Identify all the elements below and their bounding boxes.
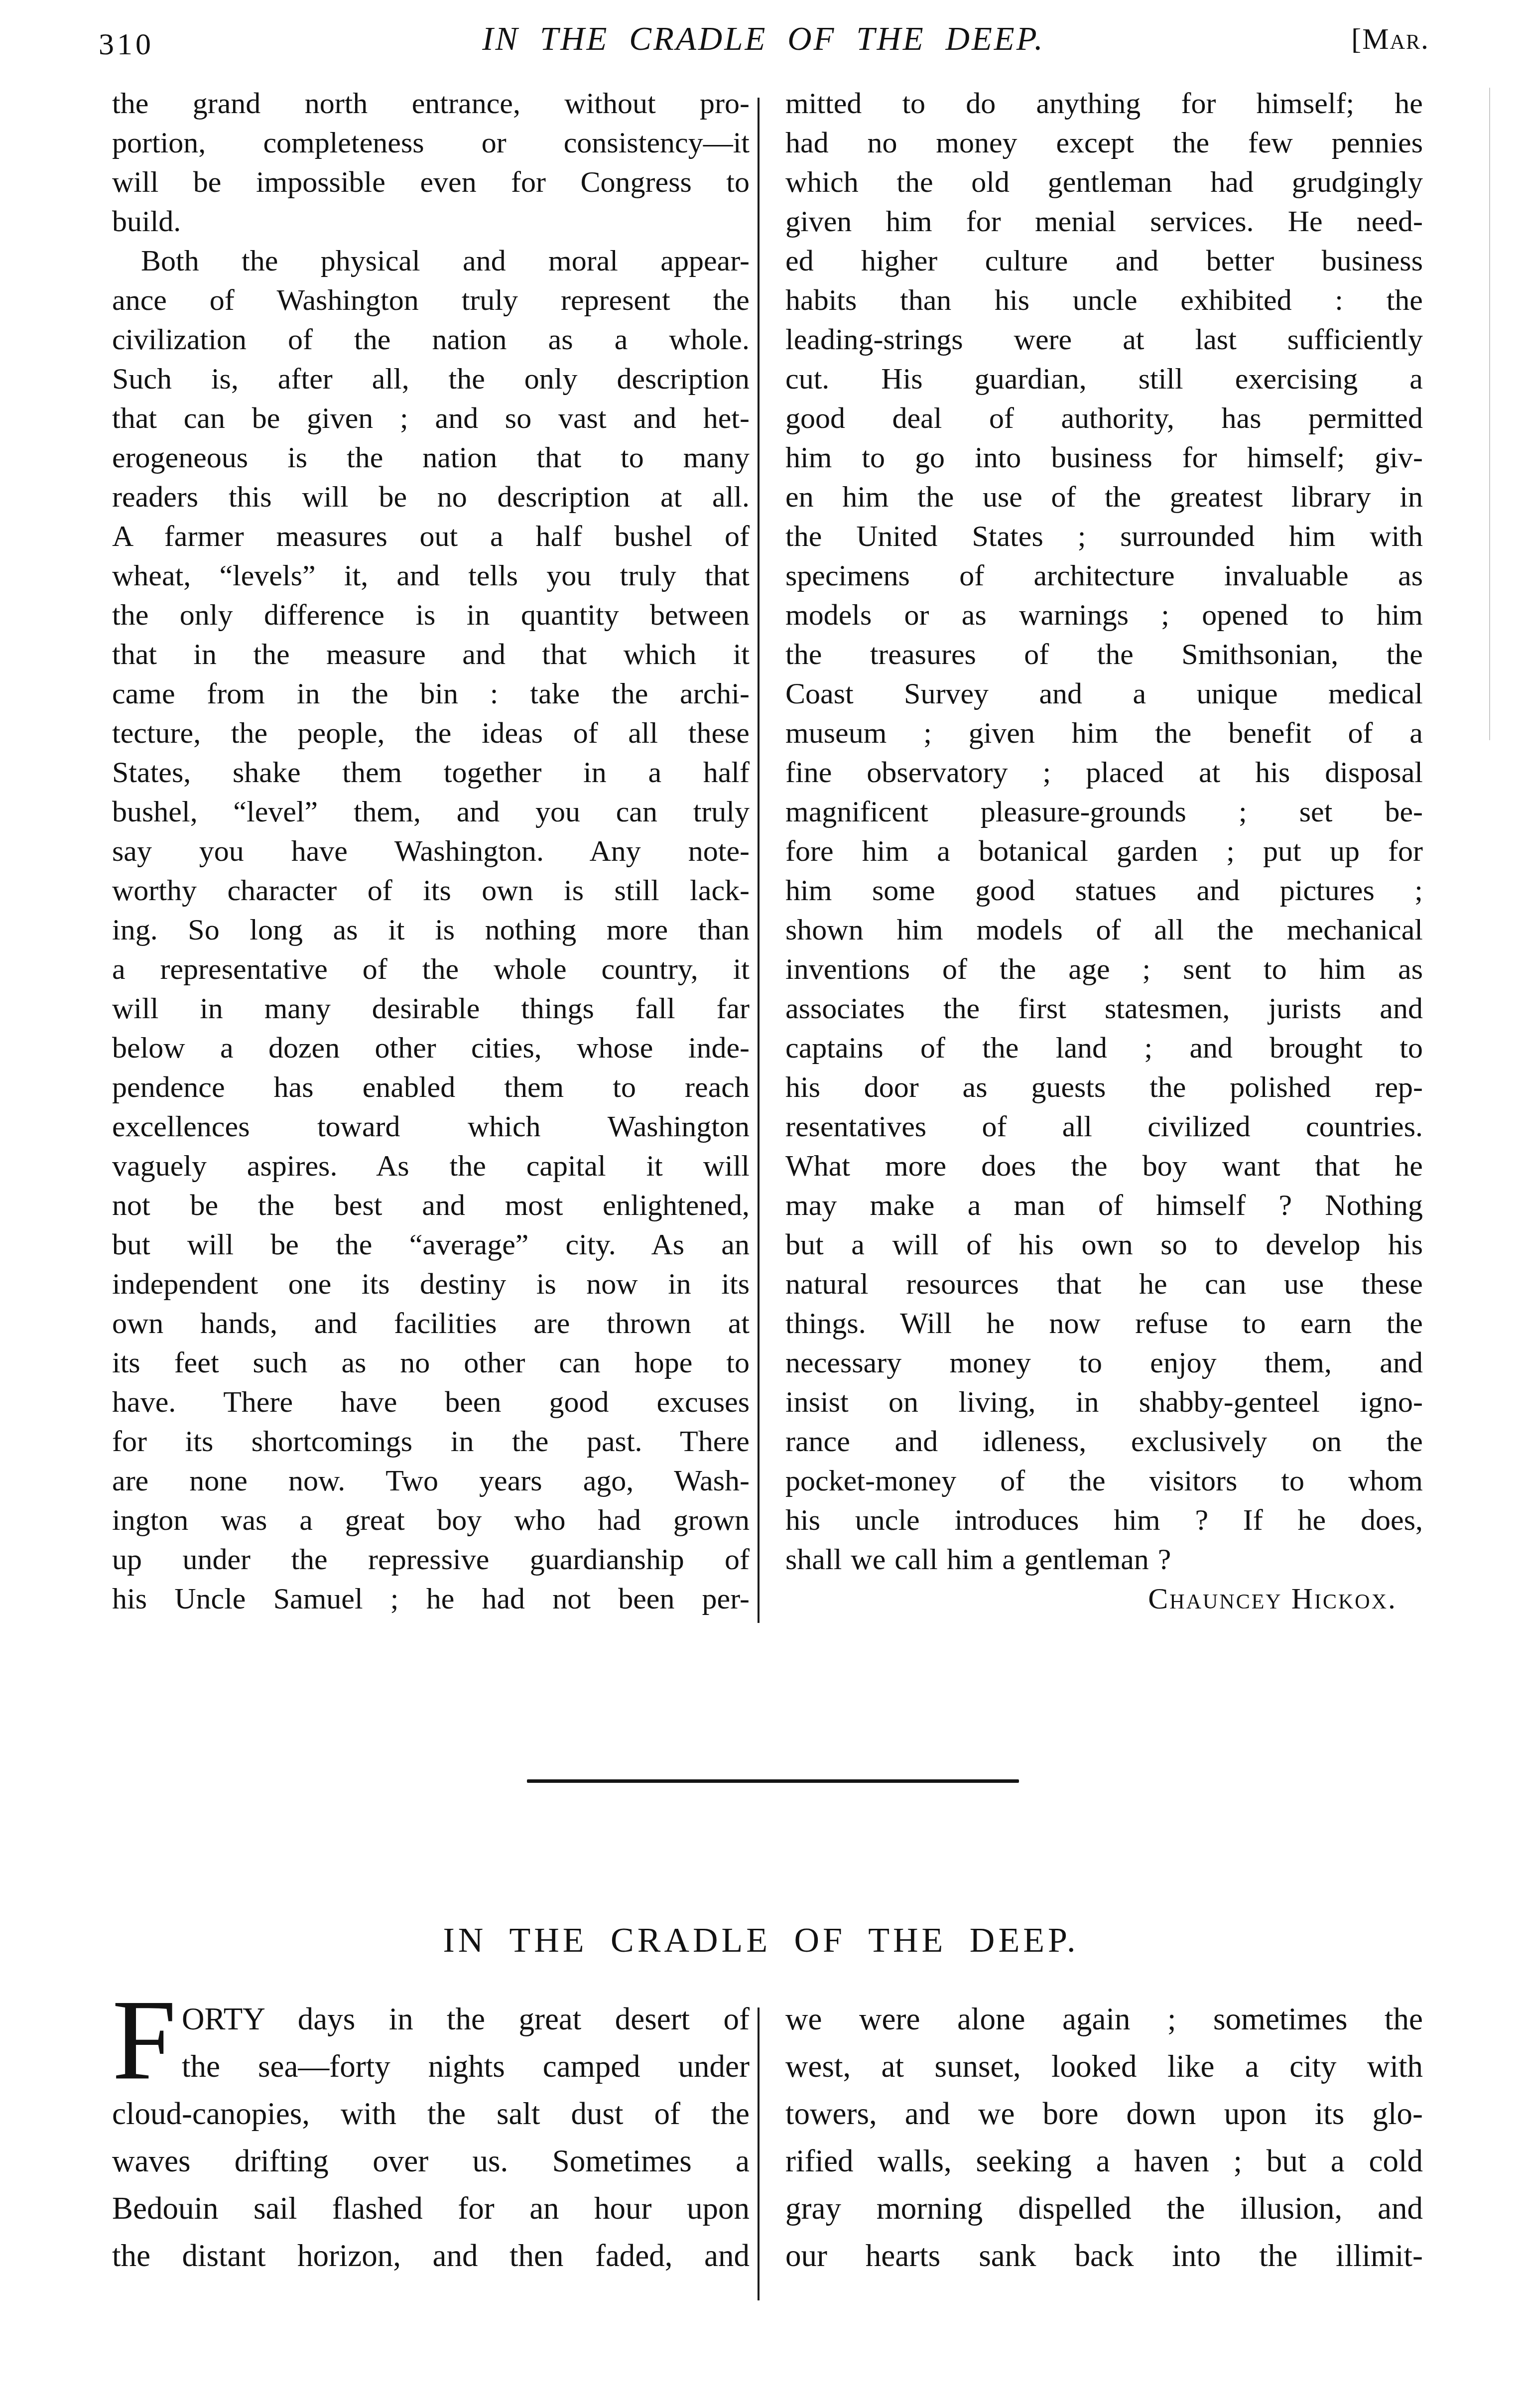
text-line: erogeneous is the nation that to many <box>112 438 750 477</box>
text-line: own hands, and facilities are thrown at <box>112 1304 750 1343</box>
text-line: came from in the bin : take the archi- <box>112 674 750 713</box>
text-line: pendence has enabled them to reach <box>112 1068 750 1107</box>
text-line: ance of Washington truly represent the <box>112 280 750 320</box>
text-line: necessary money to enjoy them, and <box>785 1343 1423 1382</box>
text-line: Bedouin sail flashed for an hour upon <box>112 2185 750 2232</box>
text-line: the only difference is in quantity betwe… <box>112 595 750 635</box>
issue-month: [Mar. <box>1351 22 1429 56</box>
text-line: portion, completeness or consistency—it <box>112 123 750 162</box>
text-line: rified walls, seeking a haven ; but a co… <box>785 2138 1423 2185</box>
article1-left-column: the grand north entrance, without pro-po… <box>112 84 750 1618</box>
text-line: a representative of the whole country, i… <box>112 949 750 989</box>
text-line: shall we call him a gentleman ? <box>785 1540 1423 1579</box>
text-line: him some good statues and pictures ; <box>785 871 1423 910</box>
text-line: habits than his uncle exhibited : the <box>785 280 1423 320</box>
text-line: vaguely aspires. As the capital it will <box>112 1146 750 1186</box>
text-line: waves drifting over us. Sometimes a <box>112 2138 750 2185</box>
text-line: not be the best and most enlightened, <box>112 1186 750 1225</box>
text-line: ed higher culture and better business <box>785 241 1423 280</box>
article1-left-lines: the grand north entrance, without pro-po… <box>112 84 750 1618</box>
text-line: ington was a great boy who had grown <box>112 1500 750 1540</box>
text-line: for its shortcomings in the past. There <box>112 1422 750 1461</box>
column-divider-rule <box>758 98 760 1623</box>
text-line: gray morning dispelled the illusion, and <box>785 2185 1423 2232</box>
text-line: the distant horizon, and then faded, and <box>112 2232 750 2279</box>
text-line: things. Will he now refuse to earn the <box>785 1304 1423 1343</box>
section-divider-rule <box>527 1779 1019 1783</box>
text-line: which the old gentleman had grudgingly <box>785 162 1423 202</box>
text-line: but will be the “average” city. As an <box>112 1225 750 1264</box>
text-line: pocket-money of the visitors to whom <box>785 1461 1423 1500</box>
text-line: his Uncle Samuel ; he had not been per- <box>112 1579 750 1618</box>
text-line: but a will of his own so to develop his <box>785 1225 1423 1264</box>
text-line: west, at sunset, looked like a city with <box>785 2043 1423 2090</box>
text-line: cut. His guardian, still exercising a <box>785 359 1423 399</box>
text-line: museum ; given him the benefit of a <box>785 713 1423 753</box>
text-line: bushel, “level” them, and you can truly <box>112 792 750 831</box>
text-line: rance and idleness, exclusively on the <box>785 1422 1423 1461</box>
text-line: towers, and we bore down upon its glo- <box>785 2090 1423 2138</box>
text-line: that can be given ; and so vast and het- <box>112 399 750 438</box>
text-line: will be impossible even for Congress to <box>112 162 750 202</box>
text-line: associates the first statesmen, jurists … <box>785 989 1423 1028</box>
text-line: Both the physical and moral appear- <box>112 241 750 280</box>
text-line: him to go into business for himself; giv… <box>785 438 1423 477</box>
article2-left-column: F ORTY days in the great desert ofthe se… <box>112 1996 750 2279</box>
text-line: the United States ; surrounded him with <box>785 517 1423 556</box>
article1-right-lines: mitted to do anything for himself; hehad… <box>785 84 1423 1579</box>
text-line: his uncle introduces him ? If he does, <box>785 1500 1423 1540</box>
text-line: are none now. Two years ago, Wash- <box>112 1461 750 1500</box>
text-line: build. <box>112 202 750 241</box>
text-line: States, shake them together in a half <box>112 753 750 792</box>
text-line: we were alone again ; sometimes the <box>785 1996 1423 2043</box>
text-line: below a dozen other cities, whose inde- <box>112 1028 750 1068</box>
text-line: civilization of the nation as a whole. <box>112 320 750 359</box>
text-line: insist on living, in shabby-genteel igno… <box>785 1382 1423 1422</box>
article2-title: IN THE CRADLE OF THE DEEP. <box>0 1921 1522 1961</box>
text-line: excellences toward which Washington <box>112 1107 750 1146</box>
drop-cap: F <box>112 1999 173 2090</box>
text-line: worthy character of its own is still lac… <box>112 871 750 910</box>
article2-columns: F ORTY days in the great desert ofthe se… <box>112 1996 1423 2279</box>
text-line: readers this will be no description at a… <box>112 477 750 517</box>
text-line: inventions of the age ; sent to him as <box>785 949 1423 989</box>
text-line: magnificent pleasure-grounds ; set be- <box>785 792 1423 831</box>
text-line: tecture, the people, the ideas of all th… <box>112 713 750 753</box>
text-line: have. There have been good excuses <box>112 1382 750 1422</box>
text-line: captains of the land ; and brought to <box>785 1028 1423 1068</box>
column-divider-rule-bottom <box>758 2007 760 2300</box>
text-line: ORTY days in the great desert of <box>112 1996 750 2043</box>
article2-left-lines: ORTY days in the great desert ofthe sea—… <box>112 1996 750 2279</box>
text-line: natural resources that he can use these <box>785 1264 1423 1304</box>
text-line: that in the measure and that which it <box>112 635 750 674</box>
text-line: its feet such as no other can hope to <box>112 1343 750 1382</box>
running-head-title: IN THE CRADLE OF THE DEEP. <box>98 20 1429 58</box>
text-line: mitted to do anything for himself; he <box>785 84 1423 123</box>
text-line: say you have Washington. Any note- <box>112 831 750 871</box>
author-signature: Chauncey Hickox. <box>785 1579 1423 1618</box>
article1-right-column: mitted to do anything for himself; hehad… <box>785 84 1423 1618</box>
scan-edge-artifact <box>1489 88 1490 740</box>
text-line: his door as guests the polished rep- <box>785 1068 1423 1107</box>
text-line: the sea—forty nights camped under <box>112 2043 750 2090</box>
article2-right-column: we were alone again ; sometimes thewest,… <box>785 1996 1423 2279</box>
text-line: models or as warnings ; opened to him <box>785 595 1423 635</box>
text-line: independent one its destiny is now in it… <box>112 1264 750 1304</box>
text-line: fore him a botanical garden ; put up for <box>785 831 1423 871</box>
text-line: shown him models of all the mechanical <box>785 910 1423 949</box>
text-line: en him the use of the greatest library i… <box>785 477 1423 517</box>
text-line: leading-strings were at last sufficientl… <box>785 320 1423 359</box>
text-line: cloud-canopies, with the salt dust of th… <box>112 2090 750 2138</box>
text-line: the treasures of the Smithsonian, the <box>785 635 1423 674</box>
text-line: may make a man of himself ? Nothing <box>785 1186 1423 1225</box>
text-line: our hearts sank back into the illimit- <box>785 2232 1423 2279</box>
text-line: wheat, “levels” it, and tells you truly … <box>112 556 750 595</box>
text-line: given him for menial services. He need- <box>785 202 1423 241</box>
text-line: the grand north entrance, without pro- <box>112 84 750 123</box>
scanned-magazine-page: 310 IN THE CRADLE OF THE DEEP. [Mar. the… <box>0 0 1522 2408</box>
text-line: fine observatory ; placed at his disposa… <box>785 753 1423 792</box>
text-line: Such is, after all, the only description <box>112 359 750 399</box>
text-line: good deal of authority, has permitted <box>785 399 1423 438</box>
text-line: ing. So long as it is nothing more than <box>112 910 750 949</box>
running-head: 310 IN THE CRADLE OF THE DEEP. [Mar. <box>98 20 1429 70</box>
article1-columns: the grand north entrance, without pro-po… <box>112 84 1423 1618</box>
text-line: specimens of architecture invaluable as <box>785 556 1423 595</box>
text-line: resentatives of all civilized countries. <box>785 1107 1423 1146</box>
text-line: up under the repressive guardianship of <box>112 1540 750 1579</box>
article2-right-lines: we were alone again ; sometimes thewest,… <box>785 1996 1423 2279</box>
text-line: had no money except the few pennies <box>785 123 1423 162</box>
text-line: A farmer measures out a half bushel of <box>112 517 750 556</box>
text-line: Coast Survey and a unique medical <box>785 674 1423 713</box>
text-line: will in many desirable things fall far <box>112 989 750 1028</box>
text-line: What more does the boy want that he <box>785 1146 1423 1186</box>
